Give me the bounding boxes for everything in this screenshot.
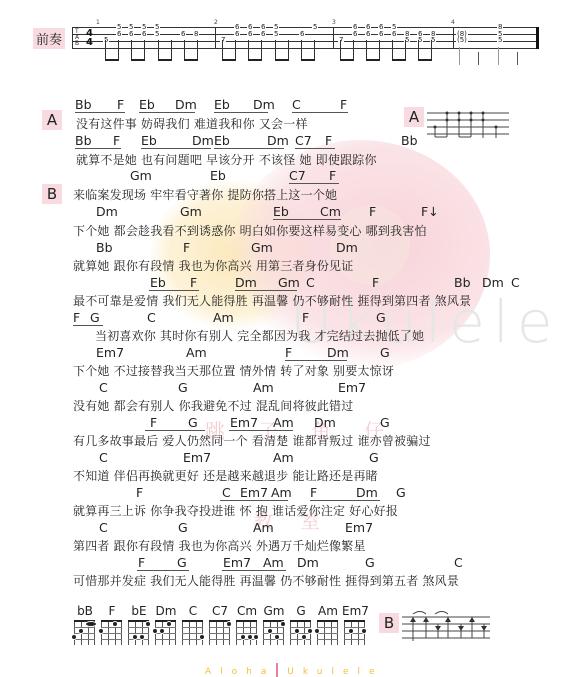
lyric-line: 没有这件事 妨碍我们 难道我和你 又会一样 bbox=[76, 115, 308, 132]
chord-symbol: Eb bbox=[214, 97, 230, 112]
chord-underline bbox=[139, 112, 195, 113]
chord-underline bbox=[214, 148, 284, 149]
chord-symbol: G bbox=[365, 555, 375, 570]
chord-symbol: F bbox=[150, 415, 157, 430]
tab-fret-number: 6 bbox=[141, 31, 147, 38]
chord-symbol: Dm bbox=[235, 275, 257, 290]
tab-fret-number: 5 bbox=[103, 37, 109, 44]
chord-diagram-name: F bbox=[99, 604, 125, 618]
chord-symbol: Am bbox=[271, 485, 292, 500]
chord-symbol: Dm bbox=[297, 555, 319, 570]
chord-symbol: Cm bbox=[320, 204, 341, 219]
tab-fret-number: 6 bbox=[260, 31, 266, 38]
chord-symbol: G bbox=[369, 450, 379, 465]
chord-symbol: C bbox=[99, 380, 108, 395]
tab-clef: TAB bbox=[75, 29, 79, 47]
chord-underline bbox=[137, 570, 189, 571]
chord-symbol: F bbox=[302, 310, 309, 325]
chord-underline bbox=[289, 183, 339, 184]
strum-pattern-a bbox=[427, 108, 509, 138]
chord-underline bbox=[222, 570, 286, 571]
lyric-line: 有几多故事最后 爱人仍然同一个 看清楚 谁都背叛过 谁亦曾被骗过 bbox=[73, 432, 431, 449]
chord-symbol: Em7 bbox=[345, 520, 373, 535]
chord-diagram-name: Em7 bbox=[342, 604, 368, 618]
chord-symbol: Am bbox=[273, 415, 294, 430]
chord-underline bbox=[273, 219, 341, 220]
chord-symbol: F bbox=[329, 168, 336, 183]
chord-symbol: F bbox=[190, 275, 197, 290]
lyric-line: 可惜那并发症 我们无人能得胜 再温馨 仍不够耐性 捱得到第五者 煞风景 bbox=[73, 572, 459, 589]
lyric-line: 就算不是她 也有问题吧 早该分开 不该怪 她 即使跟踪你 bbox=[76, 151, 377, 168]
time-signature: 44 bbox=[86, 29, 93, 47]
chord-symbol: G bbox=[177, 555, 187, 570]
chord-symbol: Bb bbox=[75, 97, 92, 112]
tab-fret-number: 6 bbox=[378, 31, 384, 38]
chord-symbol: F bbox=[183, 240, 190, 255]
chord-symbol: Em7 bbox=[338, 380, 366, 395]
chord-symbol: Dm bbox=[482, 275, 504, 290]
chord-symbol: F bbox=[340, 97, 347, 112]
tab-fret-number: 6 bbox=[299, 31, 305, 38]
chord-symbol: Gm bbox=[278, 275, 300, 290]
chord-symbol: F↓ bbox=[421, 204, 439, 219]
chord-underline bbox=[75, 112, 125, 113]
chord-symbol: G bbox=[376, 310, 386, 325]
chord-symbol: F bbox=[372, 275, 379, 290]
strum-pattern-b bbox=[402, 609, 492, 641]
chord-symbol: C bbox=[99, 450, 108, 465]
tab-fret-number: 6 bbox=[352, 31, 358, 38]
chord-diagram-name: Am bbox=[315, 604, 341, 618]
chord-underline bbox=[149, 290, 199, 291]
chord-diagram-name: bE bbox=[126, 604, 152, 618]
chord-underline bbox=[220, 500, 288, 501]
chord-diagram-name: bB bbox=[72, 604, 98, 618]
chord-underline bbox=[292, 112, 348, 113]
chord-underline bbox=[229, 430, 293, 431]
chord-symbol: F bbox=[113, 133, 120, 148]
chord-underline bbox=[235, 290, 297, 291]
tab-fret-number: 6 bbox=[180, 31, 186, 38]
chord-diagram-name: Gm bbox=[261, 604, 287, 618]
chord-symbol: F bbox=[325, 133, 332, 148]
strum-label-b: B bbox=[379, 613, 399, 633]
footer-brand: Aloha Ukulele bbox=[205, 667, 384, 677]
chord-symbol: Dm bbox=[336, 240, 358, 255]
chord-underline bbox=[310, 500, 380, 501]
chord-symbol: Eb bbox=[214, 133, 230, 148]
chord-symbol: G bbox=[178, 520, 188, 535]
footer-separator bbox=[276, 663, 278, 677]
chord-symbol: Dm bbox=[175, 97, 197, 112]
chord-symbol: Em7 bbox=[183, 450, 211, 465]
chord-symbol: C bbox=[306, 275, 315, 290]
chord-diagram-name: Cm bbox=[234, 604, 260, 618]
chord-symbol: G bbox=[90, 310, 100, 325]
chord-symbol: Am bbox=[273, 450, 294, 465]
chord-symbol: Bb bbox=[401, 133, 418, 148]
lyric-line: 下个她 都会趁我看不到诱惑你 明白如你要这样易变心 哪到我害怕 bbox=[73, 222, 427, 239]
lyric-line: 没有她 都会有别人 你我避免不过 混乱间将彼此错过 bbox=[73, 397, 353, 414]
tab-fret-number: 8 bbox=[193, 31, 199, 38]
chord-symbol: F bbox=[285, 345, 292, 360]
chord-symbol: F bbox=[73, 310, 80, 325]
chord-symbol: Am bbox=[253, 380, 274, 395]
chord-symbol: Bb bbox=[96, 240, 113, 255]
chord-underline bbox=[73, 325, 103, 326]
chord-symbol: Eb bbox=[139, 97, 155, 112]
chord-symbol: Am bbox=[186, 345, 207, 360]
chord-symbol: Am bbox=[213, 310, 234, 325]
chord-underline bbox=[285, 360, 347, 361]
chord-diagram-name: Dm bbox=[153, 604, 179, 618]
chord-symbol: C bbox=[292, 97, 301, 112]
chord-symbol: G bbox=[178, 380, 188, 395]
chord-diagram-name: G bbox=[288, 604, 314, 618]
chord-symbol: Gm bbox=[251, 240, 273, 255]
chord-symbol: Em7 bbox=[230, 415, 258, 430]
chord-symbol: Dm bbox=[192, 133, 214, 148]
tab-fret-number: 5 bbox=[497, 37, 503, 44]
chord-underline bbox=[75, 148, 121, 149]
lyric-line: 最不可靠是爱情 我们无人能得胜 再温馨 仍不够耐性 捱得到第四者 煞风景 bbox=[73, 292, 471, 309]
tab-fret-number: (5) bbox=[456, 37, 468, 44]
tab-fret-number: 5 bbox=[154, 31, 160, 38]
chord-underline bbox=[141, 148, 211, 149]
chord-symbol: Am bbox=[263, 555, 284, 570]
chord-symbol: C7 bbox=[295, 133, 312, 148]
tab-fret-number: 7 bbox=[338, 37, 344, 44]
chord-symbol: C bbox=[147, 310, 156, 325]
chord-underline bbox=[145, 430, 205, 431]
chord-diagram-name: C bbox=[180, 604, 206, 618]
chord-symbol: Dm bbox=[96, 204, 118, 219]
chord-symbol: C7 bbox=[289, 168, 306, 183]
chord-symbol: F bbox=[369, 204, 376, 219]
tab-fret-number: 5 bbox=[312, 24, 318, 31]
chord-symbol: F bbox=[136, 485, 143, 500]
tab-fret-number: 6 bbox=[116, 31, 122, 38]
chord-underline bbox=[295, 148, 335, 149]
chord-underline bbox=[214, 112, 268, 113]
lyric-line: 下个她 不过接替我当天那位置 情外情 转了对象 别要太惊讶 bbox=[73, 362, 394, 379]
chord-symbol: Am bbox=[253, 520, 274, 535]
chord-symbol: Em7 bbox=[240, 485, 268, 500]
chord-symbol: Eb bbox=[141, 133, 157, 148]
chord-symbol: Bb bbox=[454, 275, 471, 290]
tab-fret-number: 6 bbox=[365, 31, 371, 38]
chord-symbol: Gm bbox=[180, 204, 202, 219]
chord-symbol: Em7 bbox=[223, 555, 251, 570]
chord-symbol: Eb bbox=[273, 204, 289, 219]
tab-fret-number: 5 bbox=[273, 31, 279, 38]
strum-label-a: A bbox=[404, 107, 424, 127]
chord-symbol: Dm bbox=[314, 415, 336, 430]
intro-tab-staff: TAB 44 1 5 56 56 56 55 68 2 7 66 66 66 5… bbox=[72, 27, 539, 49]
lyric-line: 第四者 跟你有段情 我也为你高兴 外遇万千灿烂像繁星 bbox=[73, 537, 366, 554]
tab-fret-number: 6 bbox=[247, 31, 253, 38]
chord-symbol: Gm bbox=[130, 168, 152, 183]
chord-symbol: G bbox=[380, 415, 390, 430]
chord-symbol: Dm bbox=[327, 345, 349, 360]
section-label-a: A bbox=[42, 110, 62, 130]
tab-fret-number: 6 bbox=[391, 31, 397, 38]
chord-symbol: C bbox=[454, 555, 463, 570]
chord-diagram-name: C7 bbox=[207, 604, 233, 618]
chord-symbol: F bbox=[310, 485, 317, 500]
section-label-b: B bbox=[42, 184, 62, 204]
tab-fret-number: 6 bbox=[128, 31, 134, 38]
chord-symbol: F bbox=[138, 555, 145, 570]
chord-symbol: C bbox=[99, 520, 108, 535]
lyric-line: 就算她 跟你有段情 我也为你高兴 用第三者身份见证 bbox=[73, 257, 353, 274]
chord-symbol: Em7 bbox=[96, 345, 124, 360]
chord-symbol: G bbox=[380, 345, 390, 360]
tab-fret-number: 7 bbox=[220, 37, 226, 44]
tab-fret-number: 6 bbox=[234, 31, 240, 38]
chord-symbol: G bbox=[396, 485, 406, 500]
lyric-line: 就算再三上诉 你争我夺投进谁 怀 抱 谁话爱你注定 好心好报 bbox=[73, 502, 398, 519]
chord-symbol: F bbox=[117, 97, 124, 112]
chord-symbol: C bbox=[511, 275, 520, 290]
lyric-line: 不知道 伴侣再换就更好 还是越来越退步 能让路还是再睹 bbox=[73, 467, 378, 484]
chord-symbol: Dm bbox=[356, 485, 378, 500]
chord-symbol: Eb bbox=[150, 275, 166, 290]
lyric-line: 来临案发现场 牢牢看守著你 提防你搭上这一个她 bbox=[73, 186, 337, 203]
chord-symbol: Dm bbox=[253, 97, 275, 112]
lyric-line: 当初喜欢你 其时你有别人 完全都因为我 才完结过去抛低了她 bbox=[95, 327, 424, 344]
chord-symbol: C bbox=[222, 485, 231, 500]
chord-symbol: Dm bbox=[267, 133, 289, 148]
chord-symbol: Eb bbox=[210, 168, 226, 183]
chord-symbol: G bbox=[188, 415, 198, 430]
chord-symbol: Bb bbox=[75, 133, 92, 148]
intro-label: 前奏 bbox=[33, 28, 65, 49]
